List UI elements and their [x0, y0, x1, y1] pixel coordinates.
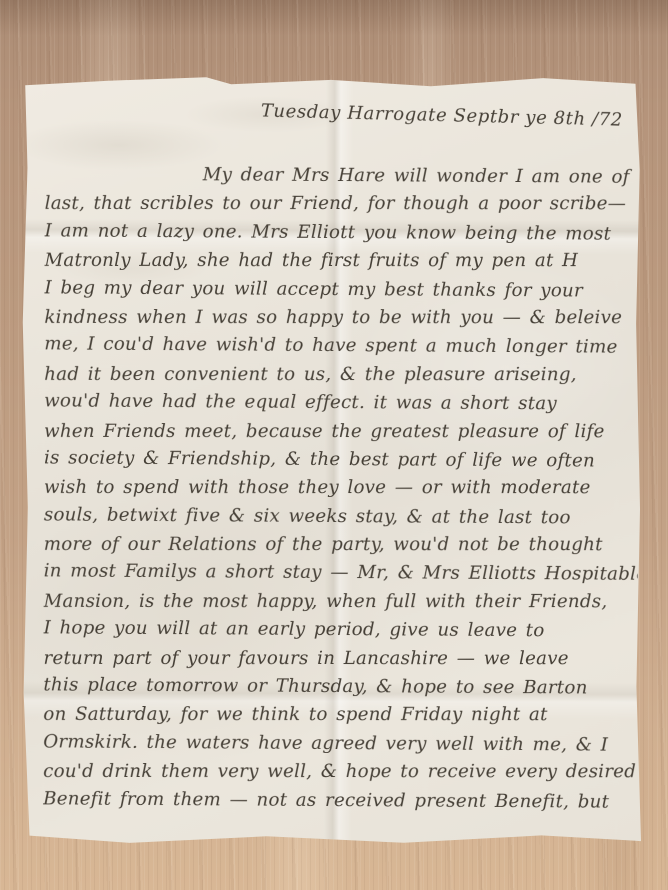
letter-line: is society & Friendship, & the best part… [44, 444, 638, 476]
letter-line: wou'd have had the equal effect. it was … [44, 387, 638, 419]
letter-line: souls, betwixt five & six weeks stay, & … [44, 501, 638, 533]
letter-line: I am not a lazy one. Mrs Elliott you kno… [45, 217, 639, 249]
letter-line: Matronly Lady, she had the first fruits … [45, 247, 639, 276]
letter-line: Benefit from them — not as received pres… [43, 785, 637, 817]
letter-line: kindness when I was so happy to be with … [44, 304, 638, 333]
letter-line: Mansion, is the most happy, when full wi… [44, 588, 638, 617]
letter-line: had it been convenient to us, & the plea… [44, 361, 638, 390]
letter-line: in most Familys a short stay — Mr, & Mrs… [44, 558, 638, 590]
letter-line: Ormskirk. the waters have agreed very we… [43, 728, 637, 760]
letter-line: cou'd drink them very well, & hope to re… [43, 758, 637, 787]
letter-line: last, that scribles to our Friend, for t… [45, 190, 639, 219]
letter-line: I hope you will at an early period, give… [43, 615, 637, 647]
letter-body: My dear Mrs Hare will wonder I am one of… [43, 161, 639, 816]
letter-line: I beg my dear you will accept my best th… [44, 274, 638, 306]
letter-page: Tuesday Harrogate Septbr ye 8th /72 My d… [17, 75, 643, 849]
letter-line: on Satturday, for we think to spend Frid… [43, 701, 637, 730]
letter-line: me, I cou'd have wish'd to have spent a … [44, 331, 638, 363]
letter-line: when Friends meet, because the greatest … [44, 417, 638, 446]
letter-line: more of our Relations of the party, wou'… [44, 531, 638, 560]
letter-line: return part of your favours in Lancashir… [43, 645, 637, 674]
letter-dateline: Tuesday Harrogate Septbr ye 8th /72 [19, 94, 623, 130]
letter-line: My dear Mrs Hare will wonder I am one of… [45, 160, 639, 192]
photo-background: Tuesday Harrogate Septbr ye 8th /72 My d… [0, 0, 668, 890]
letter-line: this place tomorrow or Thursday, & hope … [43, 671, 637, 703]
letter-line: wish to spend with those they love — or … [44, 474, 638, 503]
